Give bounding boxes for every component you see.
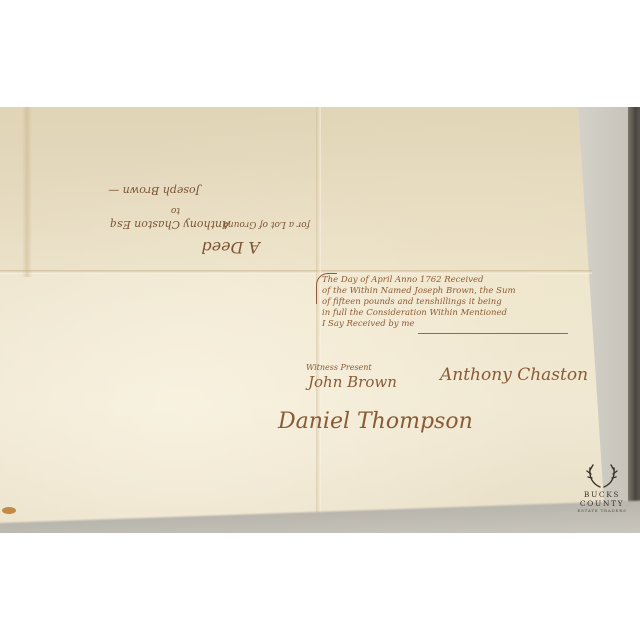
endorsement-line: to xyxy=(171,205,180,215)
receipt-line: of the Within Named Joseph Brown, the Su… xyxy=(322,286,582,297)
receipt-line: in full the Consideration Within Mention… xyxy=(322,308,582,319)
endorsement-line: for a Lot of Ground xyxy=(222,219,310,229)
receipt-line: The Day of April Anno 1762 Received xyxy=(322,275,582,286)
endorsement-line: A Deed xyxy=(201,238,260,257)
backing-board xyxy=(0,499,640,533)
endorsement-line: Anthony Chaston Esq xyxy=(110,218,230,231)
ink-stain xyxy=(2,507,16,514)
endorsement-upside-down: A Deed Anthony Chaston Esq to Joseph Bro… xyxy=(30,137,290,267)
vertical-fold xyxy=(316,107,321,533)
antlers-icon xyxy=(585,462,619,488)
watermark-subtitle: ESTATE TRADERS xyxy=(566,508,638,513)
endorsement-line: Joseph Brown — xyxy=(108,184,200,197)
document-photo: A Deed Anthony Chaston Esq to Joseph Bro… xyxy=(0,107,640,533)
receipt-line: I Say Received by me xyxy=(322,319,582,330)
signer-signature: Anthony Chaston xyxy=(440,365,588,385)
signature-rule xyxy=(418,333,568,334)
witness-signature: Daniel Thompson xyxy=(278,409,473,434)
watermark-logo: BUCKS COUNTY ESTATE TRADERS xyxy=(566,462,638,513)
witness-signature: John Brown xyxy=(308,373,397,391)
horizontal-fold xyxy=(0,270,592,274)
receipt-line: of fifteen pounds and tenshillings it be… xyxy=(322,297,582,308)
receipt-text: The Day of April Anno 1762 Received of t… xyxy=(322,275,582,330)
witness-label: Witness Present xyxy=(306,363,372,372)
watermark-name: BUCKS COUNTY xyxy=(566,490,638,508)
